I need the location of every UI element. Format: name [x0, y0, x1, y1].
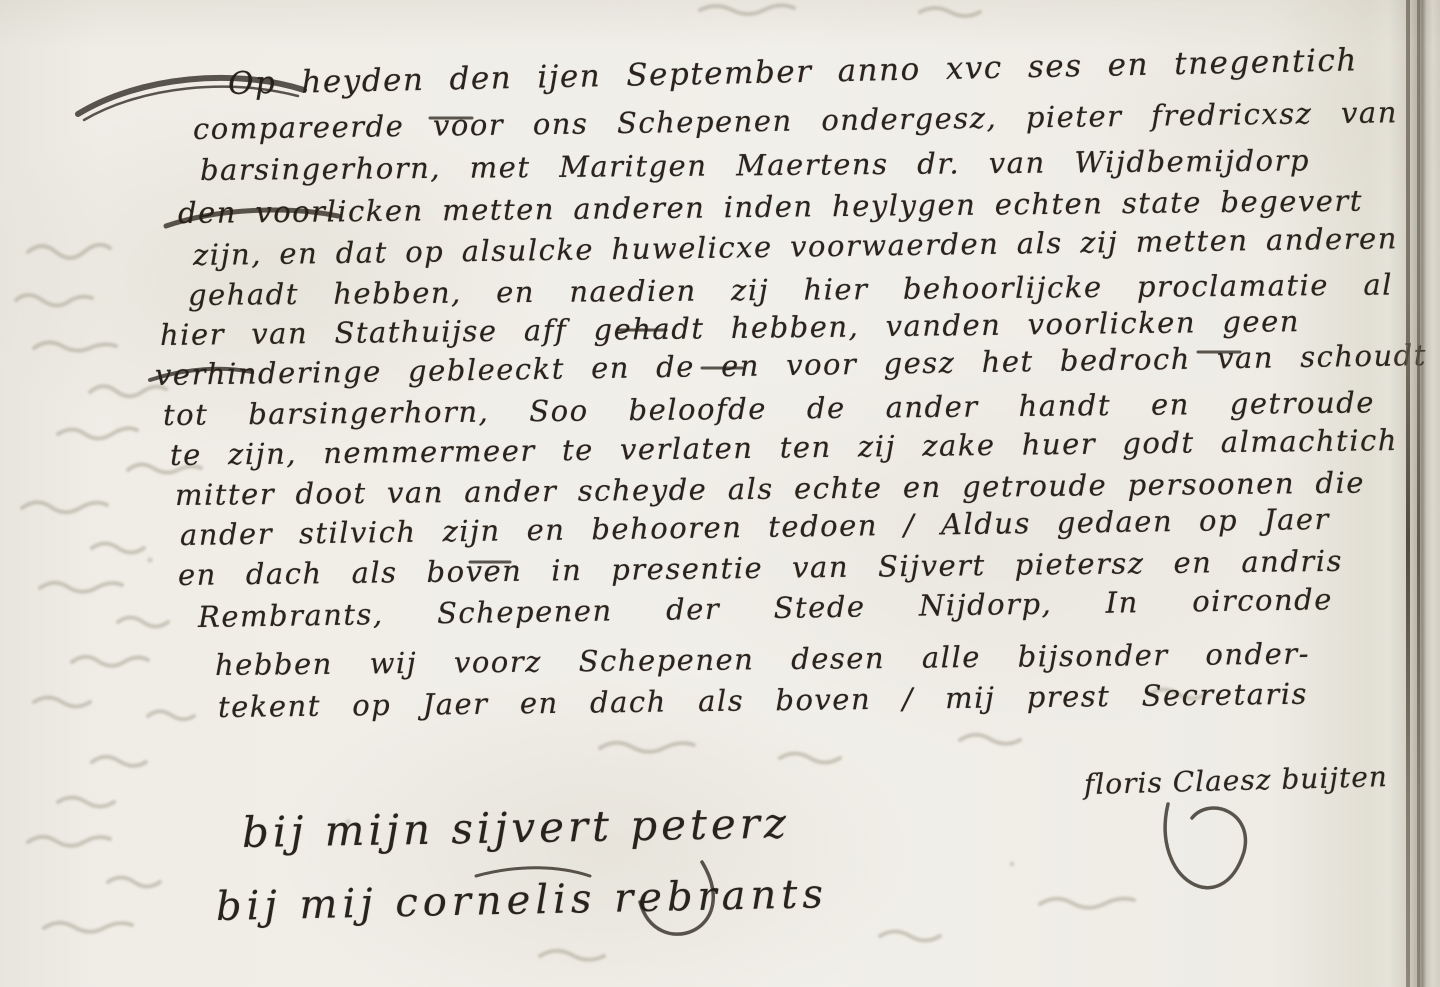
manuscript-line: compareerde voor ons Schepenen ondergesz…	[193, 95, 1398, 146]
manuscript-line: te zijn, nemmermeer te verlaten ten zij …	[170, 423, 1398, 472]
manuscript-line: Rembrants, Schepenen der Stede Nijdorp, …	[198, 582, 1333, 634]
page-binding-edge	[1388, 0, 1440, 987]
manuscript-line: hebben wij voorz Schepenen desen alle bi…	[215, 637, 1310, 682]
witness-signature: bij mij cornelis rebrants	[216, 871, 829, 930]
manuscript-line: den voorlicken metten anderen inden heyl…	[178, 184, 1363, 230]
witness-signature: bij mijn sijvert peterz	[242, 798, 791, 857]
manuscript-line: zijn, en dat op alsulcke huwelicxe voorw…	[193, 221, 1398, 272]
secretary-signature: floris Claesz buijten	[1084, 760, 1389, 801]
binding-crease	[1417, 0, 1420, 987]
manuscript-page: Op heyden den ijen September anno xvc se…	[0, 0, 1440, 987]
manuscript-line: tekent op Jaer en dach als boven / mij p…	[218, 677, 1308, 724]
binding-crease	[1406, 0, 1410, 987]
manuscript-line: barsingerhorn, met Maritgen Maertens dr.…	[200, 143, 1310, 187]
manuscript-line: Op heyden den ijen September anno xvc se…	[228, 42, 1359, 102]
